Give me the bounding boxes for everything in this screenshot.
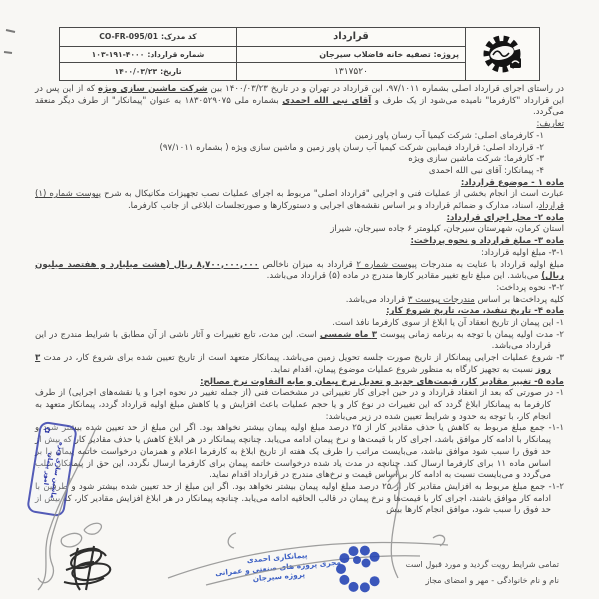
acceptance-block: تمامی شرایط رویت گردید و مورد قبول است ن… (349, 556, 559, 588)
article-1-heading: ماده ۱ - موضوع قرارداد: (35, 178, 564, 190)
duration-value: ۳ ماه شمسی (320, 330, 377, 340)
article-1-paragraph: عبارت است از انجام بخشی از عملیات فنی و … (35, 189, 564, 212)
amount-text-1: مبلغ اولیه قرارداد با عنایت به مندرجات (417, 260, 564, 270)
article-1-text-2: ، اسناد، مدارک و ضمائم قرارداد و بر اساس… (128, 201, 539, 211)
definition-item: ۴- پیمانکار: آقای نبی الله احمدی (35, 166, 544, 178)
item3-text-2: نسبت به تجهیز کارگاه به منظور شروع عملیا… (270, 365, 535, 375)
employer-company-name: شرکت ماشین سازی ویژه (98, 84, 208, 94)
project-number: ۱۳۱۷۵۲۰ (236, 63, 465, 80)
date-row: تاریخ: ۱۴۰۰/۰۳/۲۳ (60, 63, 236, 80)
doc-code-value: CO-FR-095/01 (99, 32, 158, 41)
scan-artifact-marks (4, 30, 15, 53)
doc-code-label: کد مدرک: (161, 32, 197, 41)
date-label: تاریخ: (160, 67, 181, 76)
contract-body: در راستای اجرای قرارداد اصلی بشماره ۹۷/۱… (35, 84, 564, 517)
amount-text-3: می‌باشد. این مبلغ تابع تغییر مقادیر کاره… (267, 271, 542, 281)
intro-text-1: در راستای اجرای قرارداد اصلی بشماره ۹۷/۱… (208, 84, 564, 94)
article-3-payment-line: کلیه پرداخت‌ها بر اساس مندرجات پیوست ۳ ق… (35, 295, 564, 307)
article-5-item-1-2: ۱-۲- جمع مبلغ مربوط به افزایش مقادیر کار… (35, 482, 564, 517)
article-5-heading: ماده ۵- تغییر مقادیر کار، قیمت‌های جدید … (35, 377, 564, 389)
amount-text-2: قرارداد به میزان ناخالص (259, 260, 357, 270)
contract-number-value: ۱۰۳-۱۹۱-۴۰۰۰ (92, 50, 145, 59)
company-logo-cell (465, 28, 539, 80)
black-signature-scribble (64, 546, 110, 590)
intro-paragraph: در راستای اجرای قرارداد اصلی بشماره ۹۷/۱… (35, 84, 564, 119)
stamp-emblem-icon: ✿ (43, 425, 51, 435)
article-3-amount-paragraph: مبلغ اولیه قرارداد با عنایت به مندرجات پ… (35, 260, 564, 283)
article-3-1-subheading: ۳-۱- مبلغ اولیه قرارداد: (35, 248, 564, 260)
article-5-item-1-1: ۱-۱- جمع مبلغ مربوط به کاهش یا حذف مقادی… (35, 423, 564, 482)
article-5-item-1: ۱- در صورتی که بعد از انعقاد قرارداد و د… (35, 388, 564, 423)
acceptance-line-2: نام و نام خانوادگی - مهر و امضای مجاز (349, 572, 559, 588)
article-4-item-1: ۱- این پیمان از تاریخ انعقاد آن یا ابلاغ… (35, 318, 564, 330)
article-2-location: استان کرمان، شهرستان سیرجان، کیلومتر ۶ ج… (35, 224, 564, 236)
article-3-2-subheading: ۳-۲- نحوه پرداخت: (35, 283, 564, 295)
machine-company-gear-logo (472, 32, 534, 76)
contractor-stamp: پیمانکاری احمدی مجری پروژه های صنعتی و ع… (213, 547, 343, 587)
article-2-heading: ماده ۲- محل اجرای قرارداد: (35, 213, 564, 225)
item3-text-1: ۳- شروع عملیات اجرایی پیمانکار از تاریخ … (40, 353, 564, 363)
project-name: پروژه: تصفیه خانه فاضلاب سیرجان (236, 47, 465, 64)
date-value: ۱۴۰۰/۰۳/۲۳ (114, 67, 157, 76)
payment-attachment-ref: مندرجات پیوست ۳ (408, 295, 475, 305)
article-4-item-3: ۳- شروع عملیات اجرایی پیمانکار از تاریخ … (35, 353, 564, 376)
contract-number-label: شماره قرارداد: (147, 50, 204, 59)
definition-item: ۱- کارفرمای اصلی: شرکت کیمیا آب رسان پاو… (35, 131, 544, 143)
definition-item: ۲- قرارداد اصلی: قرارداد فیمابین شرکت کی… (35, 143, 544, 155)
definitions-list: ۱- کارفرمای اصلی: شرکت کیمیا آب رسان پاو… (35, 131, 544, 178)
header-table: قرارداد کد مدرک: CO-FR-095/01 پروژه: تصف… (59, 27, 540, 81)
article-4-item-2: ۲- مدت اولیه پیمان با توجه به برنامه زما… (35, 330, 564, 353)
document-title: قرارداد (236, 28, 465, 47)
amount-attachment-ref: پیوست شماره ۲ (356, 260, 416, 270)
payment-text-1: کلیه پرداخت‌ها بر اساس (475, 295, 564, 305)
item2-text-1: ۲- مدت اولیه پیمان با توجه به برنامه زما… (377, 330, 564, 340)
acceptance-line-1: تمامی شرایط رویت گردید و مورد قبول است (349, 556, 559, 572)
doc-code-row: کد مدرک: CO-FR-095/01 (60, 28, 236, 47)
article-1-text-1: عبارت است از انجام بخشی از عملیات فنی و … (101, 189, 564, 199)
contract-number-row: شماره قرارداد: ۱۰۳-۱۹۱-۴۰۰۰ (60, 47, 236, 64)
article-4-heading: ماده ۴- تاریخ تنفیذ، مدت، تاریخ شروع کار… (35, 306, 564, 318)
definitions-heading: تعاریف: (35, 119, 564, 131)
definition-item: ۳- کارفرما: شرکت ماشین سازی ویژه (35, 154, 544, 166)
contractor-name: آقای نبی الله احمدی (282, 96, 371, 106)
payment-text-2: قرارداد می‌باشد. (346, 295, 408, 305)
scanned-contract-page: قرارداد کد مدرک: CO-FR-095/01 پروژه: تصف… (0, 0, 599, 599)
article-3-heading: ماده ۳- مبلغ قرارداد و نحوه پرداخت: (35, 236, 564, 248)
